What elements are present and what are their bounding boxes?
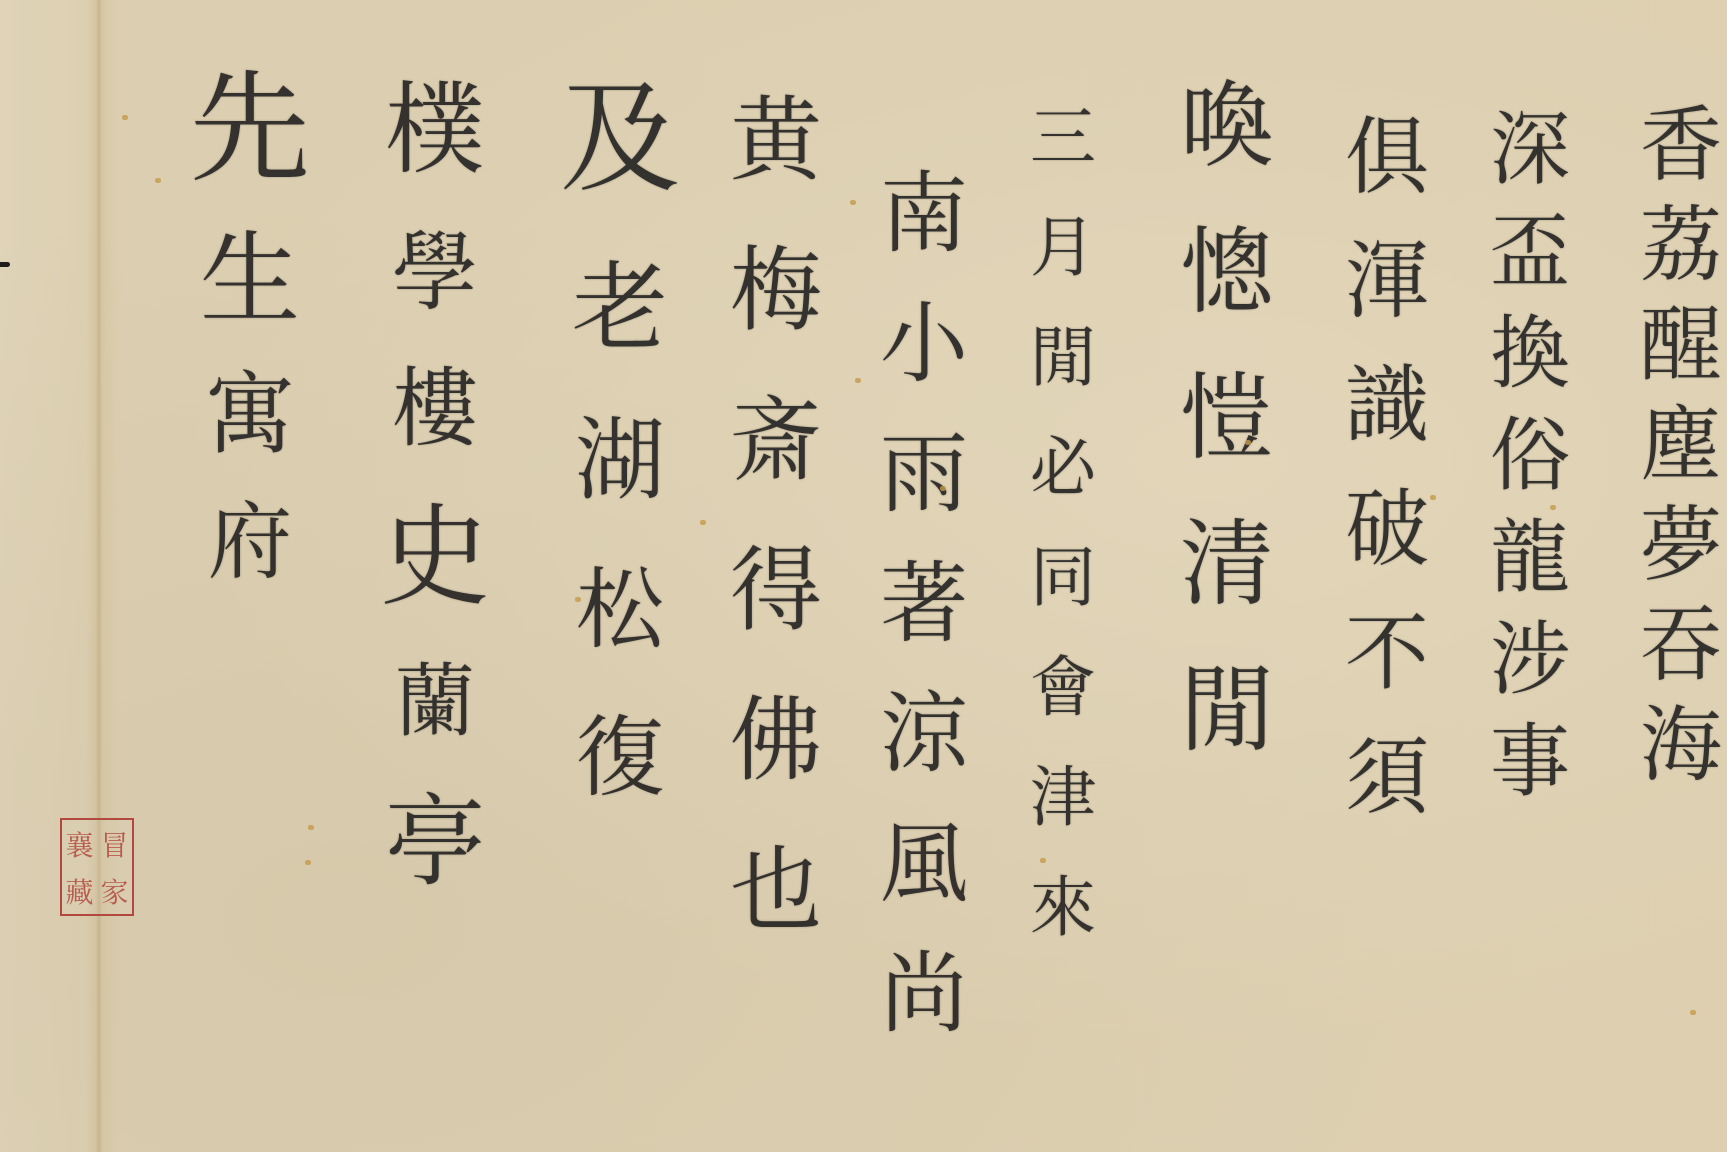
- scroll-seam: [96, 0, 102, 1152]
- calligraphy-column-1: 香 荔 醒 塵 夢 吞 海: [1640, 105, 1722, 787]
- character: 得: [730, 545, 822, 637]
- character: 清: [1180, 518, 1274, 612]
- calligraphy-column-5: 三 月 閒 必 同 會 津 來: [1030, 105, 1096, 941]
- character: 亭: [385, 792, 485, 892]
- gold-fleck: [305, 860, 311, 865]
- character: 俱: [1345, 115, 1429, 199]
- calligraphy-column-8: 及 老 湖 松 復: [560, 80, 680, 802]
- character: 同: [1030, 545, 1096, 611]
- character: 先: [190, 70, 310, 190]
- calligraphy-column-6: 南 小 雨 著 涼 風 尚: [880, 170, 968, 1038]
- seal-character: 冒: [97, 824, 132, 864]
- character: 斎: [730, 395, 822, 487]
- gold-fleck: [1040, 858, 1046, 863]
- character: 學: [392, 230, 478, 316]
- character: 黄: [730, 95, 822, 187]
- collector-seal: 襄 冒 藏 家: [60, 818, 134, 916]
- character: 閒: [1180, 664, 1274, 758]
- character: 及: [560, 80, 680, 200]
- calligraphy-column-9: 樸 學 樓 史 蘭 亭: [380, 80, 490, 892]
- character: 松: [576, 566, 664, 654]
- character: 佛: [730, 695, 822, 787]
- seal-character: 家: [97, 871, 132, 911]
- character: 三: [1030, 105, 1096, 171]
- character: 寓: [205, 370, 295, 460]
- character: 深: [1490, 110, 1570, 190]
- seal-character: 襄: [62, 824, 97, 864]
- gold-fleck: [1245, 440, 1251, 445]
- character: 涼: [880, 690, 968, 778]
- character: 塵: [1640, 405, 1722, 487]
- gold-fleck: [155, 178, 161, 183]
- character: 史: [380, 502, 490, 612]
- character: 吞: [1640, 605, 1722, 687]
- gold-fleck: [940, 486, 946, 491]
- character: 南: [880, 170, 968, 258]
- gold-fleck: [855, 378, 861, 383]
- gold-fleck: [850, 200, 856, 205]
- character: 月: [1030, 215, 1096, 281]
- gold-fleck: [700, 520, 706, 525]
- character: 著: [880, 560, 968, 648]
- character: 憁: [1180, 226, 1274, 320]
- character: 也: [730, 845, 822, 937]
- character: 渾: [1345, 239, 1429, 323]
- character: 風: [880, 820, 968, 908]
- gold-fleck: [575, 597, 581, 602]
- character: 老: [572, 260, 668, 356]
- gold-fleck: [1690, 1010, 1696, 1015]
- character: 換: [1490, 314, 1570, 394]
- character: 府: [208, 500, 292, 584]
- character: 生: [200, 230, 300, 330]
- calligraphy-column-3: 俱 渾 識 破 不 須: [1345, 115, 1429, 819]
- calligraphy-column-7: 黄 梅 斎 得 佛 也: [730, 95, 822, 937]
- character: 蘭: [395, 662, 475, 742]
- gold-fleck: [1550, 505, 1556, 510]
- character: 涉: [1490, 620, 1570, 700]
- character: 湖: [575, 416, 665, 506]
- character: 梅: [730, 245, 822, 337]
- calligraphy-column-2: 深 盃 換 俗 龍 涉 事: [1490, 110, 1570, 802]
- character: 雨: [880, 430, 968, 518]
- character: 夢: [1640, 505, 1722, 587]
- gold-fleck: [1430, 495, 1436, 500]
- character: 復: [576, 714, 664, 802]
- gold-fleck: [308, 825, 314, 830]
- character: 香: [1640, 105, 1722, 187]
- character: 愷: [1180, 372, 1274, 466]
- character: 樓: [392, 366, 478, 452]
- character: 識: [1345, 363, 1429, 447]
- seal-character: 藏: [62, 871, 97, 911]
- gold-fleck: [122, 115, 128, 120]
- character: 喚: [1180, 80, 1274, 174]
- character: 盃: [1490, 212, 1570, 292]
- character: 事: [1490, 722, 1570, 802]
- character: 龍: [1490, 518, 1570, 598]
- character: 不: [1345, 611, 1429, 695]
- character: 破: [1345, 487, 1429, 571]
- character: 醒: [1640, 305, 1722, 387]
- character: 津: [1030, 765, 1096, 831]
- character: 必: [1030, 435, 1096, 501]
- character: 小: [880, 300, 968, 388]
- character: 俗: [1490, 416, 1570, 496]
- character: 會: [1030, 655, 1096, 721]
- calligraphy-column-10: 先 生 寓 府: [190, 70, 310, 584]
- character: 荔: [1640, 205, 1722, 287]
- calligraphy-column-4: 喚 憁 愷 清 閒: [1180, 80, 1274, 758]
- character: 閒: [1030, 325, 1096, 391]
- character: 尚: [880, 950, 968, 1038]
- character: 海: [1640, 705, 1722, 787]
- character: 來: [1030, 875, 1096, 941]
- ink-fragment: [0, 262, 10, 267]
- character: 樸: [385, 80, 485, 180]
- character: 須: [1345, 735, 1429, 819]
